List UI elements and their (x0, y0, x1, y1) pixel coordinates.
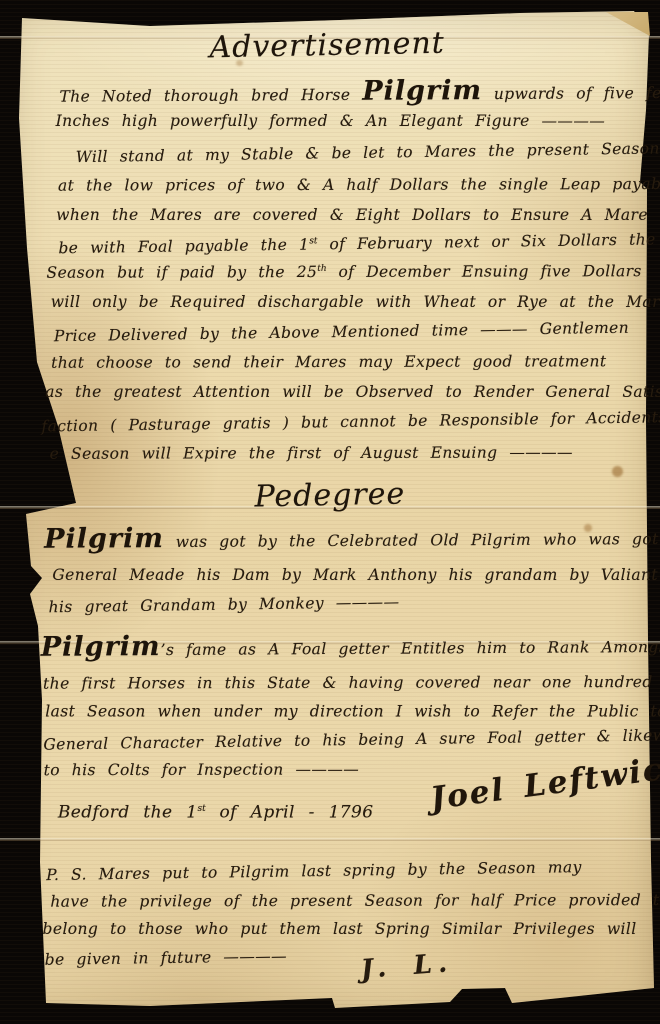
photo-background: Advertisement The Noted thorough bred Ho… (0, 0, 660, 1024)
manuscript-line: have the privilege of the present Season… (50, 891, 660, 911)
manuscript-line: e Season will Expire the first of August… (50, 443, 573, 462)
manuscript-line: General Meade his Dam by Mark Anthony hi… (52, 566, 658, 584)
manuscript-line: last Season when under my direction I wi… (45, 703, 660, 721)
manuscript-line: to his Colts for Inspection ———— (44, 760, 360, 779)
manuscript-line: that choose to send their Mares may Expe… (51, 352, 606, 371)
line-text: of December Ensuing five Dollars (327, 262, 642, 281)
pedigree-heading: Pedegree (254, 476, 405, 514)
manuscript-line: as the greatest Attention will be Observ… (45, 383, 660, 401)
manuscript-line: will only be Required dischargable with … (51, 293, 660, 311)
line-text: The Noted thorough bred Horse (59, 86, 362, 106)
initials-jl: J. L. (360, 948, 454, 985)
manuscript-line: Season but if paid by the 25th of Decemb… (47, 262, 642, 282)
manuscript-line: P. S. Mares put to Pilgrim last spring b… (46, 858, 582, 884)
horse-name-pilgrim: Pilgrim (41, 631, 161, 663)
manuscript-line: faction ( Pasturage gratis ) but cannot … (41, 408, 660, 435)
manuscript-line: Pilgrim’s fame as A Foal getter Entitles… (41, 628, 660, 663)
manuscript-line: The Noted thorough bred Horse Pilgrim up… (59, 74, 660, 109)
manuscript-line: be with Foal payable the 1st of February… (58, 230, 656, 257)
line-text: be with Foal payable the 1 (58, 236, 309, 258)
signature-joel-leftwich: Joel Leftwich (428, 748, 660, 817)
line-text: Season but if paid by the 25 (47, 263, 318, 282)
line-text: ’s fame as A Foal getter Entitles him to… (161, 638, 660, 659)
manuscript-line: be given in future ———— (45, 947, 287, 969)
manuscript-line: the first Horses in this State & having … (43, 673, 660, 693)
manuscript-line: General Character Relative to his being … (43, 726, 660, 754)
line-text: was got by the Celebrated Old Pilgrim wh… (164, 530, 660, 551)
superscript: st (197, 804, 205, 814)
line-text: of April - 1796 (206, 803, 374, 823)
line-text: will only be Required dischargable with … (51, 293, 660, 311)
line-text: Bedford the 1 (58, 803, 198, 823)
horse-name-pilgrim: Pilgrim (44, 523, 164, 555)
manuscript-line: when the Mares are covered & Eight Dolla… (56, 206, 660, 224)
manuscript-line: belong to those who put them last Spring… (43, 920, 637, 938)
handwritten-text: Advertisement The Noted thorough bred Ho… (0, 0, 660, 1024)
manuscript-line: Pilgrim was got by the Celebrated Old Pi… (44, 520, 660, 555)
manuscript-line: Will stand at my Stable & be let to Mare… (76, 139, 660, 166)
dateline-bedford: Bedford the 1st of April - 1796 (58, 803, 374, 823)
advertisement-heading: Advertisement (209, 26, 445, 66)
manuscript-line: at the low prices of two & A half Dollar… (58, 175, 660, 195)
superscript: th (317, 264, 326, 274)
manuscript-line: Price Delivered by the Above Mentioned t… (54, 319, 629, 346)
horse-name-pilgrim: Pilgrim (362, 75, 482, 107)
manuscript-line: Inches high powerfully formed & An Elega… (56, 112, 606, 130)
line-text: upwards of five feet two (482, 84, 660, 103)
line-text: of February next or Six Dollars the (317, 230, 655, 253)
manuscript-line: his great Grandam by Monkey ———— (48, 593, 399, 616)
